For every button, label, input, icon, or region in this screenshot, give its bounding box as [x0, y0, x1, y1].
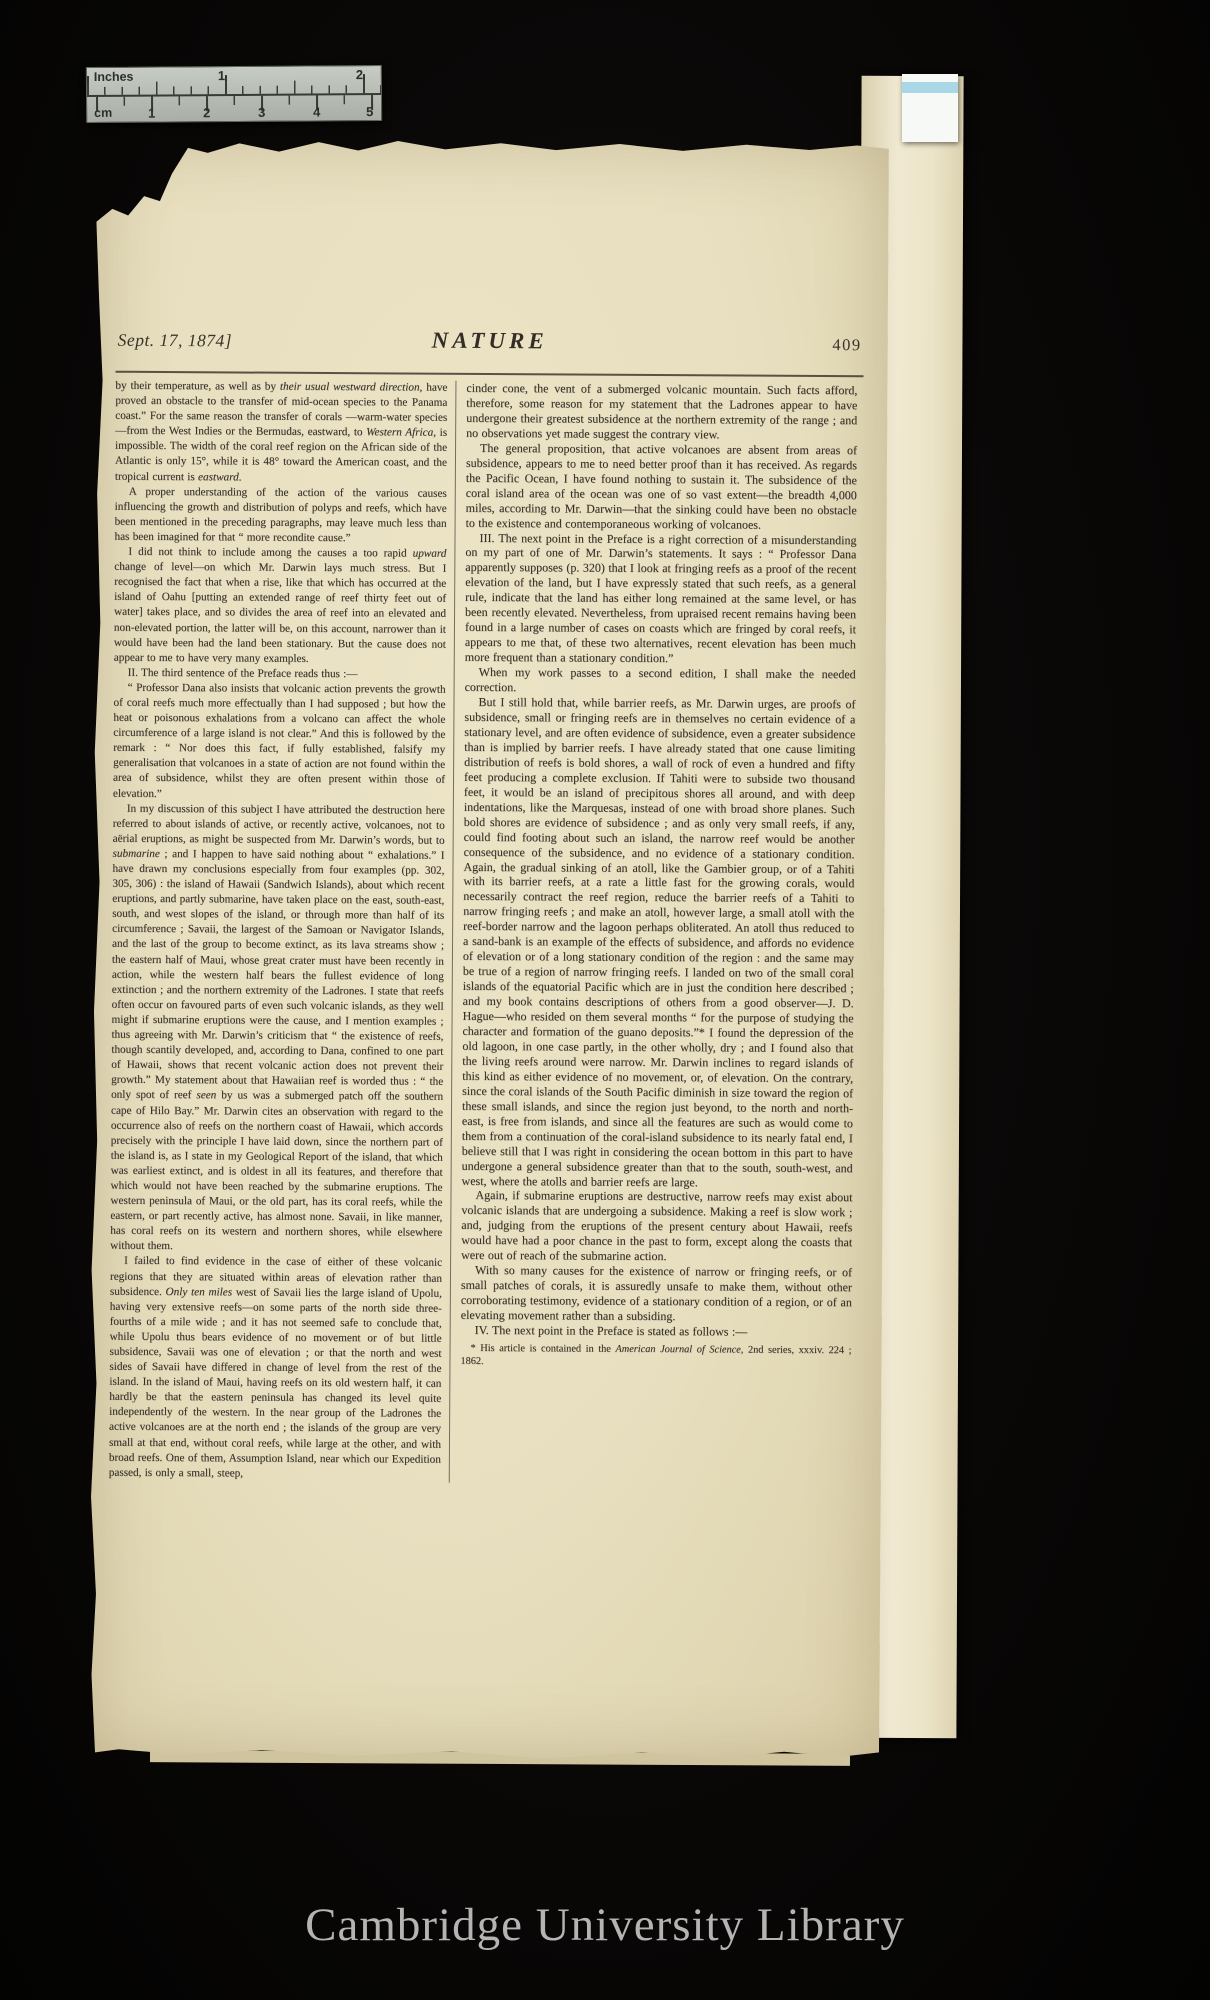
paragraph: I failed to find evidence in the case of…	[109, 1254, 442, 1482]
ruler-cm-mark: 4	[313, 104, 320, 119]
issue-date: Sept. 17, 1874]	[118, 330, 341, 352]
left-column: by their temperature, as well as by thei…	[109, 379, 448, 1483]
paragraph: A proper understanding of the action of …	[114, 484, 446, 546]
paragraph: cinder cone, the vent of a submerged vol…	[466, 381, 857, 443]
ruler-cm-mark: 2	[203, 105, 210, 120]
ruler-cm-scale: cm 1 2 3 4 5	[87, 95, 381, 122]
paragraph: Again, if submarine eruptions are destru…	[461, 1188, 852, 1265]
page-header: Sept. 17, 1874] NATURE 409	[118, 326, 862, 357]
footnote: * His article is contained in the Americ…	[460, 1343, 851, 1371]
ruler-cm-label: cm	[94, 106, 112, 120]
text-columns: by their temperature, as well as by thei…	[109, 379, 858, 1485]
insert-card-stripe	[902, 82, 958, 93]
footnote-marker: *	[471, 1343, 476, 1354]
paragraph: IV. The next point in the Preface is sta…	[461, 1323, 852, 1340]
ruler-cm-mark: 1	[148, 106, 155, 121]
paragraph: But I still hold that, while barrier ree…	[462, 695, 856, 1191]
ruler-cm-mark: 3	[258, 105, 265, 120]
right-column: cinder cone, the vent of a submerged vol…	[460, 381, 858, 1485]
ruler-inch-mark: 1	[218, 68, 225, 83]
paragraph: III. The next point in the Preface is a …	[465, 530, 857, 667]
library-watermark: Cambridge University Library	[0, 1898, 1210, 1952]
page-number: 409	[638, 334, 861, 355]
paragraph: by their temperature, as well as by thei…	[115, 379, 448, 487]
measurement-ruler: Inches 1 2 cm 1 2 3 4 5	[86, 65, 382, 123]
ruler-cm-mark: 5	[366, 104, 373, 119]
ruler-inch-mark: 2	[356, 67, 363, 82]
journal-title: NATURE	[341, 327, 639, 355]
paragraph: When my work passes to a second edition,…	[465, 665, 856, 697]
footnote-text: His article is contained in the American…	[460, 1343, 851, 1367]
ruler-inches-scale: Inches 1 2	[87, 66, 381, 97]
insert-card	[902, 74, 958, 142]
paragraph: “ Professor Dana also insists that volca…	[113, 681, 446, 804]
column-divider	[449, 381, 457, 1483]
journal-page: Sept. 17, 1874] NATURE 409 by their temp…	[87, 138, 889, 1761]
paragraph: With so many causes for the existence of…	[461, 1263, 852, 1325]
ruler-inches-label: Inches	[94, 70, 134, 84]
header-rule	[116, 371, 864, 377]
paragraph: The general proposition, that active vol…	[466, 441, 858, 533]
paragraph: I did not think to include among the cau…	[114, 545, 447, 668]
paragraph: In my discussion of this subject I have …	[110, 801, 445, 1256]
